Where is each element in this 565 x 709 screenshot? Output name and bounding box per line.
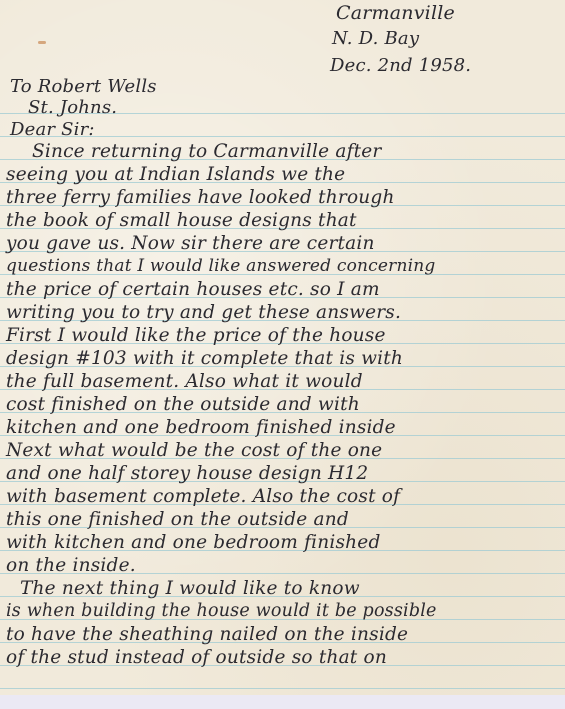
body-line: design #103 with it complete that is wit… xyxy=(6,348,403,369)
body-line: Since returning to Carmanville after xyxy=(32,141,381,162)
recipient-name: To Robert Wells xyxy=(10,76,157,97)
body-line: Next what would be the cost of the one xyxy=(6,440,382,461)
ruled-line xyxy=(0,688,565,689)
letter-district: N. D. Bay xyxy=(332,28,419,49)
paper-stain xyxy=(38,41,46,44)
body-line: cost finished on the outside and with xyxy=(6,394,360,415)
body-line: three ferry families have looked through xyxy=(6,187,395,208)
body-line: the price of certain houses etc. so I am xyxy=(6,279,380,300)
body-line: with basement complete. Also the cost of xyxy=(6,486,400,507)
salutation: Dear Sir: xyxy=(10,119,95,140)
body-line: seeing you at Indian Islands we the xyxy=(6,164,345,185)
body-line: on the inside. xyxy=(6,555,136,576)
body-line: you gave us. Now sir there are certain xyxy=(6,233,375,254)
body-line: with kitchen and one bedroom finished xyxy=(6,532,380,553)
letter-date: Dec. 2nd 1958. xyxy=(330,55,471,76)
body-line: this one finished on the outside and xyxy=(6,509,349,530)
letter-place: Carmanville xyxy=(336,2,455,24)
body-line: is when building the house would it be p… xyxy=(6,601,437,621)
body-line: of the stud instead of outside so that o… xyxy=(6,647,387,668)
body-line: the full basement. Also what it would xyxy=(6,371,363,392)
body-line: kitchen and one bedroom finished inside xyxy=(6,417,396,438)
letter-page: Carmanville N. D. Bay Dec. 2nd 1958. To … xyxy=(0,0,565,695)
body-line: and one half storey house design H12 xyxy=(6,463,368,484)
body-line: questions that I would like answered con… xyxy=(6,256,436,276)
body-line: First I would like the price of the hous… xyxy=(6,325,386,346)
recipient-location: St. Johns. xyxy=(28,97,117,118)
body-line: The next thing I would like to know xyxy=(20,578,360,599)
scan-background-strip xyxy=(0,695,565,709)
body-line: to have the sheathing nailed on the insi… xyxy=(6,624,408,645)
body-line: writing you to try and get these answers… xyxy=(6,302,401,323)
body-line: the book of small house designs that xyxy=(6,210,357,231)
